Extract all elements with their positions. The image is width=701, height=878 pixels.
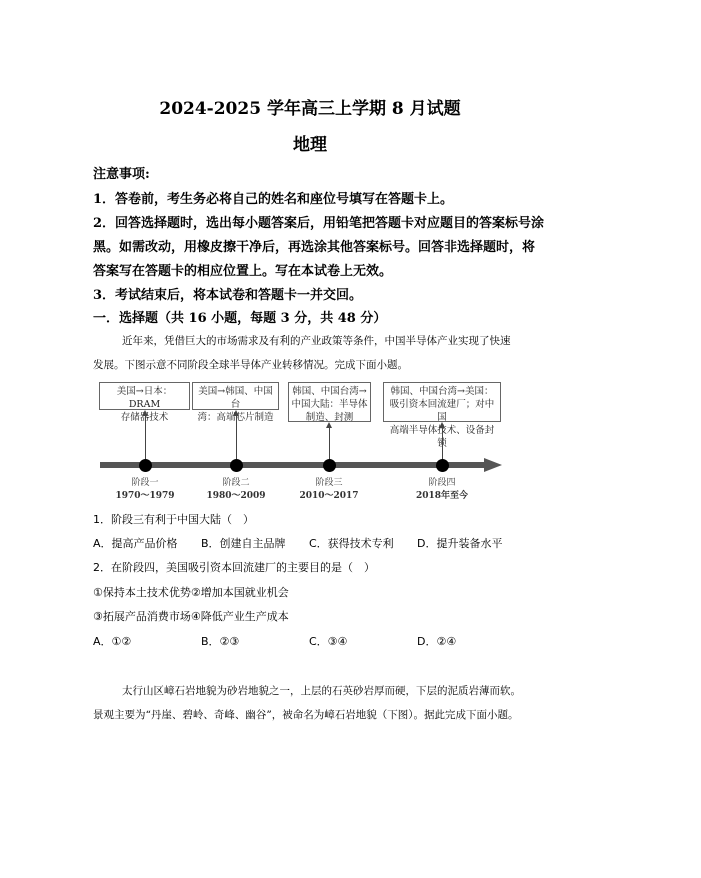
question-2-option-d: D．②④ [417,633,456,649]
question-1-stem: 1．阶段三有利于中国大陆（ ） [93,511,254,527]
question-1-option-d: D．提升装备水平 [417,535,502,551]
exam-title: 2024-2025 学年高三上学期 8 月试题 [0,94,620,119]
section-heading: 一．选择题（共 16 小题，每题 3 分，共 48 分） [93,307,386,326]
question-2-statements-2: ③拓展产品消费市场④降低产业生产成本 [93,608,289,624]
exam-subject: 地理 [0,130,620,155]
connector-line [442,426,443,460]
stage3-marker [323,459,336,472]
notice-item-2-cont2: 答案写在答题卡的相应位置上。写在本试卷上无效。 [93,260,392,279]
notice-item-2: 2．回答选择题时，选出每小题答案后，用铅笔把答题卡对应题目的答案标号涂 [93,212,544,231]
stage1-box: 美国→日本：DRAM 存储器技术 [99,382,190,410]
question-1-option-b: B．创建自主品牌 [201,535,286,551]
stage4-label: 阶段四 2018年至今 [402,477,482,503]
stage4-box: 韩国、中国台湾→美国： 吸引资本回流建厂；对中国 高端半导体技术、设备封锁 [383,382,501,422]
stage4-marker [436,459,449,472]
question-1-option-c: C．获得技术专利 [309,535,394,551]
passage2-line-1: 太行山区嶂石岩地貌为砂岩地貌之一，上层的石英砂岩厚而硬，下层的泥质岩薄而软。 [122,683,521,698]
question-1-option-a: A．提高产品价格 [93,535,178,551]
stage3-label: 阶段三 2010～2017 [289,477,369,503]
timeline-axis [100,462,485,468]
stage3-box: 韩国、中国台湾→ 中国大陆：半导体 制造、封测 [288,382,371,422]
connector-line [329,426,330,460]
question-2-option-c: C．③④ [309,633,347,649]
stage2-label: 阶段二 1980～2009 [196,477,276,503]
connector-line [236,414,237,460]
question-2-statements-1: ①保持本土技术优势②增加本国就业机会 [93,584,289,600]
question-2-option-a: A．①② [93,633,131,649]
notice-heading: 注意事项: [93,163,150,182]
stage1-marker [139,459,152,472]
passage1-line-1: 近年来，凭借巨大的市场需求及有利的产业政策等条件，中国半导体产业实现了快速 [122,333,511,348]
connector-line [145,414,146,460]
notice-item-2-cont: 黑。如需改动，用橡皮擦干净后，再选涂其他答案标号。回答非选择题时，将 [93,236,535,255]
question-2-option-b: B．②③ [201,633,239,649]
notice-item-3: 3．考试结束后，将本试卷和答题卡一并交回。 [93,284,362,303]
passage1-line-2: 发展。下图示意不同阶段全球半导体产业转移情况。完成下面小题。 [93,357,408,372]
notice-item-1: 1．答卷前，考生务必将自己的姓名和座位号填写在答题卡上。 [93,188,453,207]
stage1-label: 阶段一 1970～1979 [105,477,185,503]
passage2-line-2: 景观主要为“丹崖、碧岭、奇峰、幽谷”，被命名为嶂石岩地貌（下图）。据此完成下面小… [93,707,518,722]
arrow-right-icon [484,458,502,472]
stage2-marker [230,459,243,472]
stage2-box: 美国→韩国、中国台 湾：高端芯片制造 [192,382,279,410]
question-2-stem: 2．在阶段四，美国吸引资本回流建厂的主要目的是（ ） [93,559,375,575]
